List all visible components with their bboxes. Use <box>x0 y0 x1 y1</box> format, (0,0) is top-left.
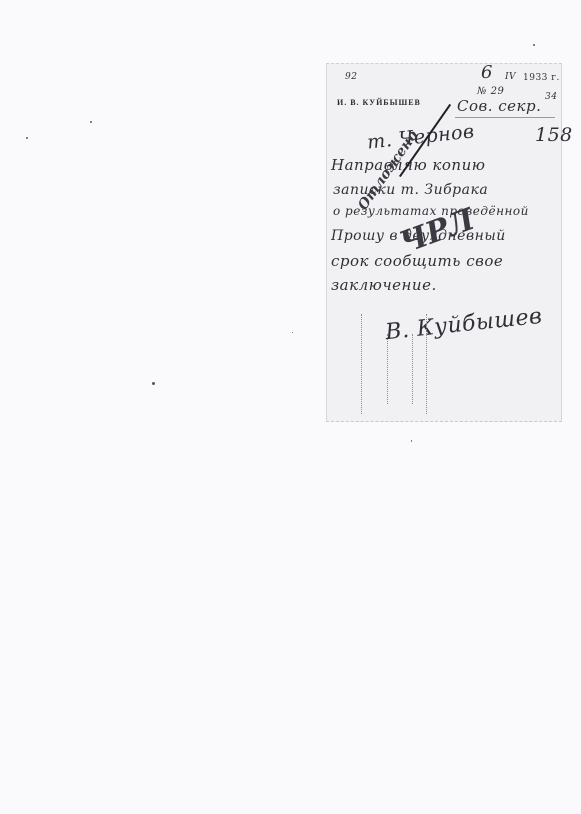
date-year: 1933 г. <box>523 73 560 83</box>
classification-underline <box>455 117 555 118</box>
classification: Сов. секр. <box>457 97 541 115</box>
stamp-fragment <box>387 334 413 404</box>
dust-speck <box>411 440 412 442</box>
dust-speck <box>292 332 293 333</box>
body-line: заключение. <box>331 276 437 294</box>
dust-speck <box>152 382 155 385</box>
date-day: 6 <box>481 62 493 83</box>
page-number: 158 <box>535 124 573 146</box>
document-number: № 29 <box>477 86 504 97</box>
date-month: IV <box>505 72 516 82</box>
letterhead: И. В. КУЙБЫШЕВ <box>337 98 421 107</box>
dust-speck <box>90 121 92 123</box>
dust-speck <box>533 44 535 46</box>
top-mark: 92 <box>345 72 357 82</box>
scanned-page: 92 И. В. КУЙБЫШЕВ 6 IV 1933 г. № 29 Сов.… <box>0 0 581 814</box>
body-line: записки т. Зибрака <box>333 182 488 198</box>
handwritten-note: 92 И. В. КУЙБЫШЕВ 6 IV 1933 г. № 29 Сов.… <box>326 63 562 422</box>
dust-speck <box>26 137 28 139</box>
classification-index: 34 <box>545 92 557 102</box>
